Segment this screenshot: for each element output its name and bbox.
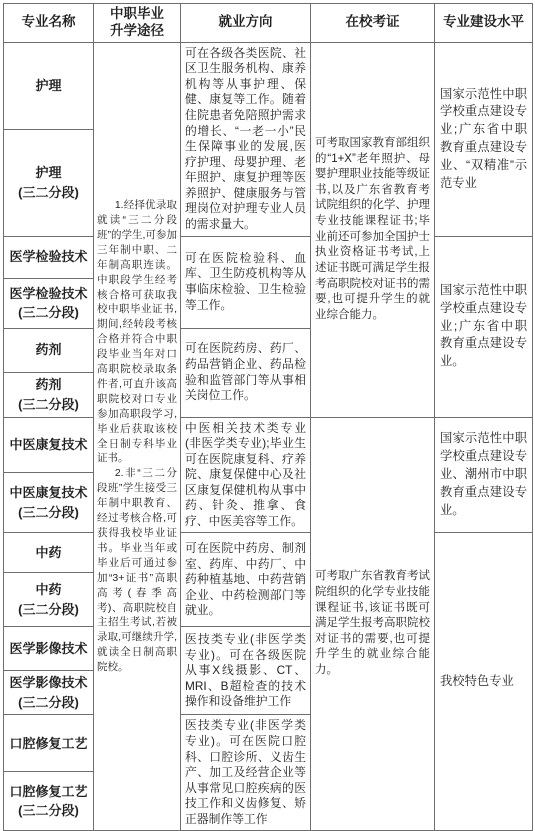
table-row: 护理 1.经择优录取就读“三二分段班”的学生,可参加三年制中职、二年制高职连读。…	[4, 42, 533, 130]
major-name-cell: 中药 (三二分段)	[4, 573, 94, 627]
construction-level-cell: 国家示范性中职学校重点建设专业;广东省中职教育重点建设专业、“双精准”示范专业	[435, 42, 533, 236]
table-row: 中药 可在医院中药房、制剂室、药库、中药厂、中药种植基地、中药营销企业、中药检测…	[4, 533, 533, 573]
major-name-cell: 护理	[4, 42, 94, 130]
major-name-cell: 药剂	[4, 328, 94, 372]
table-row: 中医康复技术 中医相关技术类专业(非医学类专业);毕业生可在医院康复科、疗养院、…	[4, 417, 533, 473]
pathway-paragraph-2: 2.非“三二分段班”学生接受三年制中职教育、经过考核合格,可获得我校毕业证书。毕…	[97, 466, 177, 675]
certificate-cell: 可考取广东省教育考试院组织的化学专业技能课程证书,该证书既可满足学生报考高职院校…	[311, 417, 435, 831]
construction-level-cell: 国家示范性中职学校重点建设专业;广东省中职教育重点建设专业。	[435, 236, 533, 417]
employment-cell: 医技类专业(非医学类专业)。可在医院口腔科、口腔诊所、义齿生产、加工及经营企业等…	[181, 715, 311, 831]
column-header-construction: 专业建设水平	[435, 4, 533, 43]
major-name-cell: 药剂 (三二分段)	[4, 372, 94, 417]
pathway-paragraph-1: 1.经择优录取就读“三二分段班”的学生,可参加三年制中职、二年制高职连读。中职段…	[97, 198, 177, 466]
pathway-cell: 1.经择优录取就读“三二分段班”的学生,可参加三年制中职、二年制高职连读。中职段…	[94, 42, 181, 831]
certificate-cell: 可考取国家教育部组织的“1+X”老年照护、母婴护理职业技能等级证书,以及广东省教…	[311, 42, 435, 417]
header-row: 专业名称 中职毕业 升学途径 就业方向 在校考证 专业建设水平	[4, 4, 533, 43]
major-name-cell: 口腔修复工艺 (三二分段)	[4, 772, 94, 831]
employment-cell: 可在医院检验科、血库、卫生防疫机构等从事临床检验、卫生检验等工作。	[181, 236, 311, 328]
page: 专业名称 中职毕业 升学途径 就业方向 在校考证 专业建设水平 护理 1.经择优…	[0, 0, 535, 752]
employment-cell: 中医相关技术类专业(非医学类专业);毕业生可在医院康复科、疗养院、康复保健中心及…	[181, 417, 311, 533]
column-header-major: 专业名称	[4, 4, 94, 43]
major-name-cell: 医学影像技术 (三二分段)	[4, 671, 94, 715]
major-name-cell: 医学检验技术	[4, 236, 94, 278]
column-header-certificate: 在校考证	[311, 4, 435, 43]
major-name-cell: 中医康复技术 (三二分段)	[4, 473, 94, 533]
major-name-cell: 口腔修复工艺	[4, 715, 94, 772]
table-row: 医学检验技术 可在医院检验科、血库、卫生防疫机构等从事临床检验、卫生检验等工作。…	[4, 236, 533, 278]
construction-level-cell: 我校特色专业	[435, 533, 533, 831]
major-name-cell: 护理 (三二分段)	[4, 130, 94, 236]
employment-cell: 可在医院中药房、制剂室、药库、中药厂、中药种植基地、中药营销企业、中药检测部门等…	[181, 533, 311, 627]
employment-cell: 可在各级各类医院、社区卫生服务机构、康养机构等从事护理、保健、康复等工作。随着住…	[181, 42, 311, 236]
major-name-cell: 中医康复技术	[4, 417, 94, 473]
employment-cell: 可在医院药房、药厂、药品营销企业、药品检验和监管部门等从事相关岗位工作。	[181, 328, 311, 417]
major-name-cell: 中药	[4, 533, 94, 573]
column-header-pathway: 中职毕业 升学途径	[94, 4, 181, 43]
employment-cell: 医技类专业(非医学类专业)。可在各级医院从事X线摄影、CT、MRI、B超检查的技…	[181, 627, 311, 715]
majors-table: 专业名称 中职毕业 升学途径 就业方向 在校考证 专业建设水平 护理 1.经择优…	[3, 3, 533, 831]
major-name-cell: 医学影像技术	[4, 627, 94, 671]
construction-level-cell: 国家示范性中职学校重点建设专业、潮州市中职教育重点建设专业。	[435, 417, 533, 533]
major-name-cell: 医学检验技术 (三二分段)	[4, 278, 94, 328]
column-header-employment: 就业方向	[181, 4, 311, 43]
